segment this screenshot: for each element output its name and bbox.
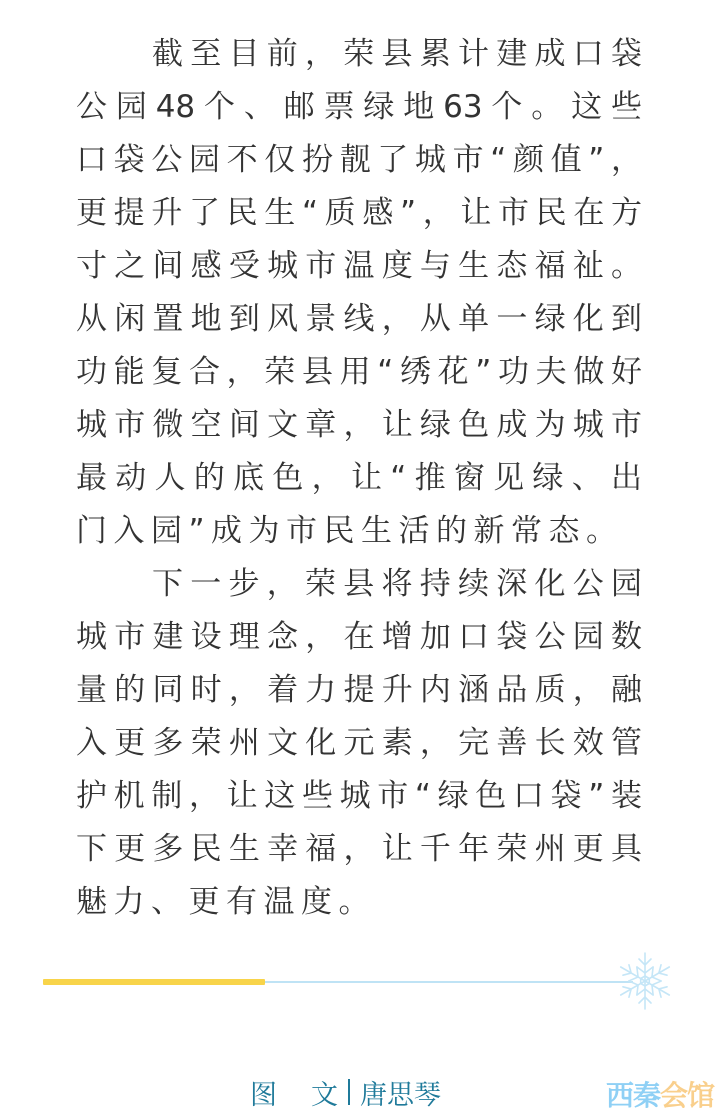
credit-author: 唐思琴 (360, 1073, 441, 1112)
text-line: 寸之间感受城市温度与生态福祉。 (76, 240, 642, 293)
paragraph-2: 下一步，荣县将持续深化公园 城市建设理念，在增加口袋公园数 量的同时，着力提升内… (76, 558, 642, 929)
text-line: 城市微空间文章，让绿色成为城市 (76, 399, 642, 452)
watermark-part-1: 西秦 (606, 1074, 660, 1112)
text-line: 量的同时，着力提升内涵品质，融 (76, 664, 642, 717)
text-line: 最动人的底色，让“推窗见绿、出 (76, 452, 642, 505)
divider-line (265, 981, 633, 983)
text-line: 城市建设理念，在增加口袋公园数 (76, 611, 642, 664)
paragraph-1: 截至目前，荣县累计建成口袋 公园48个、邮票绿地63个。这些 口袋公园不仅扮靓了… (76, 28, 642, 558)
text-line: 护机制，让这些城市“绿色口袋”装 (76, 770, 642, 823)
divider-accent (43, 979, 265, 985)
text-line: 入更多荣州文化元素，完善长效管 (76, 717, 642, 770)
text-line: 门入园”成为市民生活的新常态。 (76, 505, 642, 558)
text-line: 下更多民生幸福，让千年荣州更具 (76, 823, 642, 876)
text-line: 口袋公园不仅扮靓了城市“颜值”， (76, 134, 642, 187)
text-line: 更提升了民生“质感”，让市民在方 (76, 187, 642, 240)
credit-label-image: 图 (250, 1073, 277, 1112)
section-divider (43, 979, 633, 983)
credit-separator (348, 1079, 350, 1105)
credit-label-text: 文 (311, 1073, 338, 1112)
text-line: 截至目前，荣县累计建成口袋 (76, 28, 642, 81)
article-body: 截至目前，荣县累计建成口袋 公园48个、邮票绿地63个。这些 口袋公园不仅扮靓了… (76, 28, 642, 929)
watermark-part-2: 会馆 (660, 1074, 714, 1112)
watermark-logo: 西秦 会馆 (606, 1074, 714, 1112)
text-line: 功能复合，荣县用“绣花”功夫做好 (76, 346, 642, 399)
text-line: 从闲置地到风景线，从单一绿化到 (76, 293, 642, 346)
snowflake-icon (612, 950, 678, 1012)
photo-text-credit: 图 文 唐思琴 (250, 1072, 441, 1112)
text-line: 魅力、更有温度。 (76, 876, 642, 929)
text-line: 公园48个、邮票绿地63个。这些 (76, 81, 642, 134)
text-line: 下一步，荣县将持续深化公园 (76, 558, 642, 611)
